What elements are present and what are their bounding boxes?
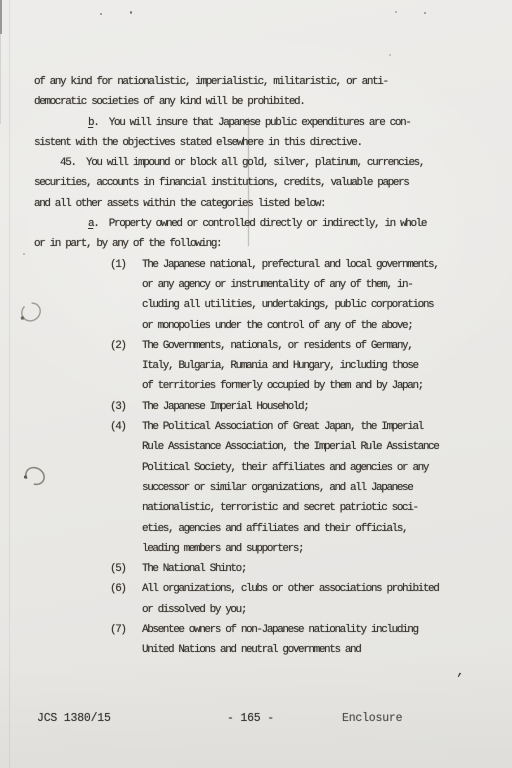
document-list-line: (5)The National Shinto;: [34, 559, 504, 579]
document-text-line: and all other assets within the categori…: [34, 194, 504, 214]
document-list-line: (7)Absentee owners of non-Japanese natio…: [34, 620, 504, 640]
text-segment: sistent with the objectives stated elsew…: [34, 137, 362, 149]
item-number: (5): [110, 559, 126, 579]
item-number: (7): [110, 620, 126, 640]
footer-page-number: - 165 -: [227, 712, 274, 725]
document-text-line: Political Society, their affiliates and …: [34, 458, 504, 478]
document-text-line: nationalistic, terroristic and secret pa…: [34, 498, 504, 518]
scanned-document-page: of any kind for nationalistic, imperiali…: [0, 0, 512, 768]
document-list-line: (2)The Governments, nationals, or reside…: [34, 336, 504, 356]
text-segment: Absentee owners of non-Japanese national…: [142, 624, 418, 636]
document-text-line: Italy, Bulgaria, Rumania and Hungary, in…: [34, 356, 504, 376]
document-text-line: Rule Assistance Association, the Imperia…: [34, 437, 504, 457]
text-segment: successor or similar organizations, and …: [142, 482, 412, 494]
document-list-line: (3)The Japanese Imperial Household;: [34, 397, 504, 417]
document-text-line: successor or similar organizations, and …: [34, 478, 504, 498]
text-segment: nationalistic, terroristic and secret pa…: [142, 502, 418, 514]
paper-fold-line: [9, 0, 10, 768]
text-segment: of any kind for nationalistic, imperiali…: [34, 76, 388, 88]
text-segment: . Property owned or controlled directly …: [93, 218, 426, 230]
text-segment: The National Shinto;: [142, 563, 246, 575]
text-segment: The Japanese Imperial Household;: [142, 401, 308, 413]
document-text-line: or in part, by any of the following:: [34, 234, 504, 254]
document-list-line: (4)The Political Association of Great Ja…: [34, 417, 504, 437]
item-number: (6): [110, 579, 126, 599]
ink-speck: [389, 54, 391, 56]
document-text-line: a. Property owned or controlled directly…: [34, 214, 504, 234]
text-segment: and all other assets within the categori…: [34, 198, 325, 210]
document-text-line: sistent with the objectives stated elsew…: [34, 133, 504, 153]
text-segment: or monopolies under the control of any o…: [142, 320, 412, 332]
text-segment: The Governments, nationals, or residents…: [142, 340, 412, 352]
scan-edge-shadow-faint: [0, 34, 1, 124]
text-segment: The Political Association of Great Japan…: [142, 421, 423, 433]
text-segment: securities, accounts in financial instit…: [34, 177, 408, 189]
item-number: (1): [110, 255, 126, 275]
text-segment: eties, agencies and affiliates and their…: [142, 523, 407, 535]
footer-document-id: JCS 1380/15: [37, 712, 111, 725]
document-text-line: United Nations and neutral governments a…: [34, 640, 504, 660]
item-number: (2): [110, 336, 126, 356]
text-segment: of territories formerly occupied by them…: [142, 380, 423, 392]
text-segment: 45. You will impound or block all gold, …: [60, 157, 424, 169]
document-text-line: or dissolved by you;: [34, 600, 504, 620]
document-text-line: of any kind for nationalistic, imperiali…: [34, 72, 504, 92]
document-text-line: cluding all utilities, undertakings, pub…: [34, 295, 504, 315]
text-segment: Italy, Bulgaria, Rumania and Hungary, in…: [142, 360, 418, 372]
document-list-line: (6)All organizations, clubs or other ass…: [34, 579, 504, 599]
document-text-line: leading members and supporters;: [34, 539, 504, 559]
document-text-line: democratic societies of any kind will be…: [34, 92, 504, 112]
ink-speck: [100, 13, 102, 15]
document-text-line: b. You will insure that Japanese public …: [34, 113, 504, 133]
document-text-line: 45. You will impound or block all gold, …: [34, 153, 504, 173]
text-segment: or dissolved by you;: [142, 604, 246, 616]
text-segment: The Japanese national, prefectural and l…: [142, 259, 438, 271]
text-segment: democratic societies of any kind will be…: [34, 96, 304, 108]
document-text-block: of any kind for nationalistic, imperiali…: [34, 72, 504, 661]
text-segment: United Nations and neutral governments a…: [142, 644, 360, 656]
document-text-line: or any agency or instrumentality of any …: [34, 275, 504, 295]
footer-enclosure-label: Enclosure: [342, 712, 402, 725]
page-footer: JCS 1380/15 - 165 - Enclosure: [0, 712, 512, 728]
text-segment: All organizations, clubs or other associ…: [142, 583, 438, 595]
text-segment: cluding all utilities, undertakings, pub…: [142, 299, 433, 311]
item-number: (4): [110, 417, 126, 437]
text-segment: Political Society, their affiliates and …: [142, 462, 428, 474]
text-segment: or in part, by any of the following:: [34, 238, 221, 250]
ink-speck: [23, 253, 25, 255]
document-text-line: of territories formerly occupied by them…: [34, 376, 504, 396]
document-text-line: eties, agencies and affiliates and their…: [34, 519, 504, 539]
document-text-line: securities, accounts in financial instit…: [34, 173, 504, 193]
ink-speck: [424, 12, 426, 14]
text-segment: or any agency or instrumentality of any …: [142, 279, 412, 291]
text-segment: Rule Assistance Association, the Imperia…: [142, 441, 438, 453]
ink-speck: [395, 11, 397, 13]
scan-edge-shadow: [0, 0, 2, 34]
text-segment: . You will insure that Japanese public e…: [93, 117, 410, 129]
stray-comma-mark: ,: [456, 664, 466, 680]
text-segment: leading members and supporters;: [142, 543, 303, 555]
document-text-line: or monopolies under the control of any o…: [34, 316, 504, 336]
document-list-line: (1)The Japanese national, prefectural an…: [34, 255, 504, 275]
ink-speck: [130, 11, 132, 14]
item-number: (3): [110, 397, 126, 417]
